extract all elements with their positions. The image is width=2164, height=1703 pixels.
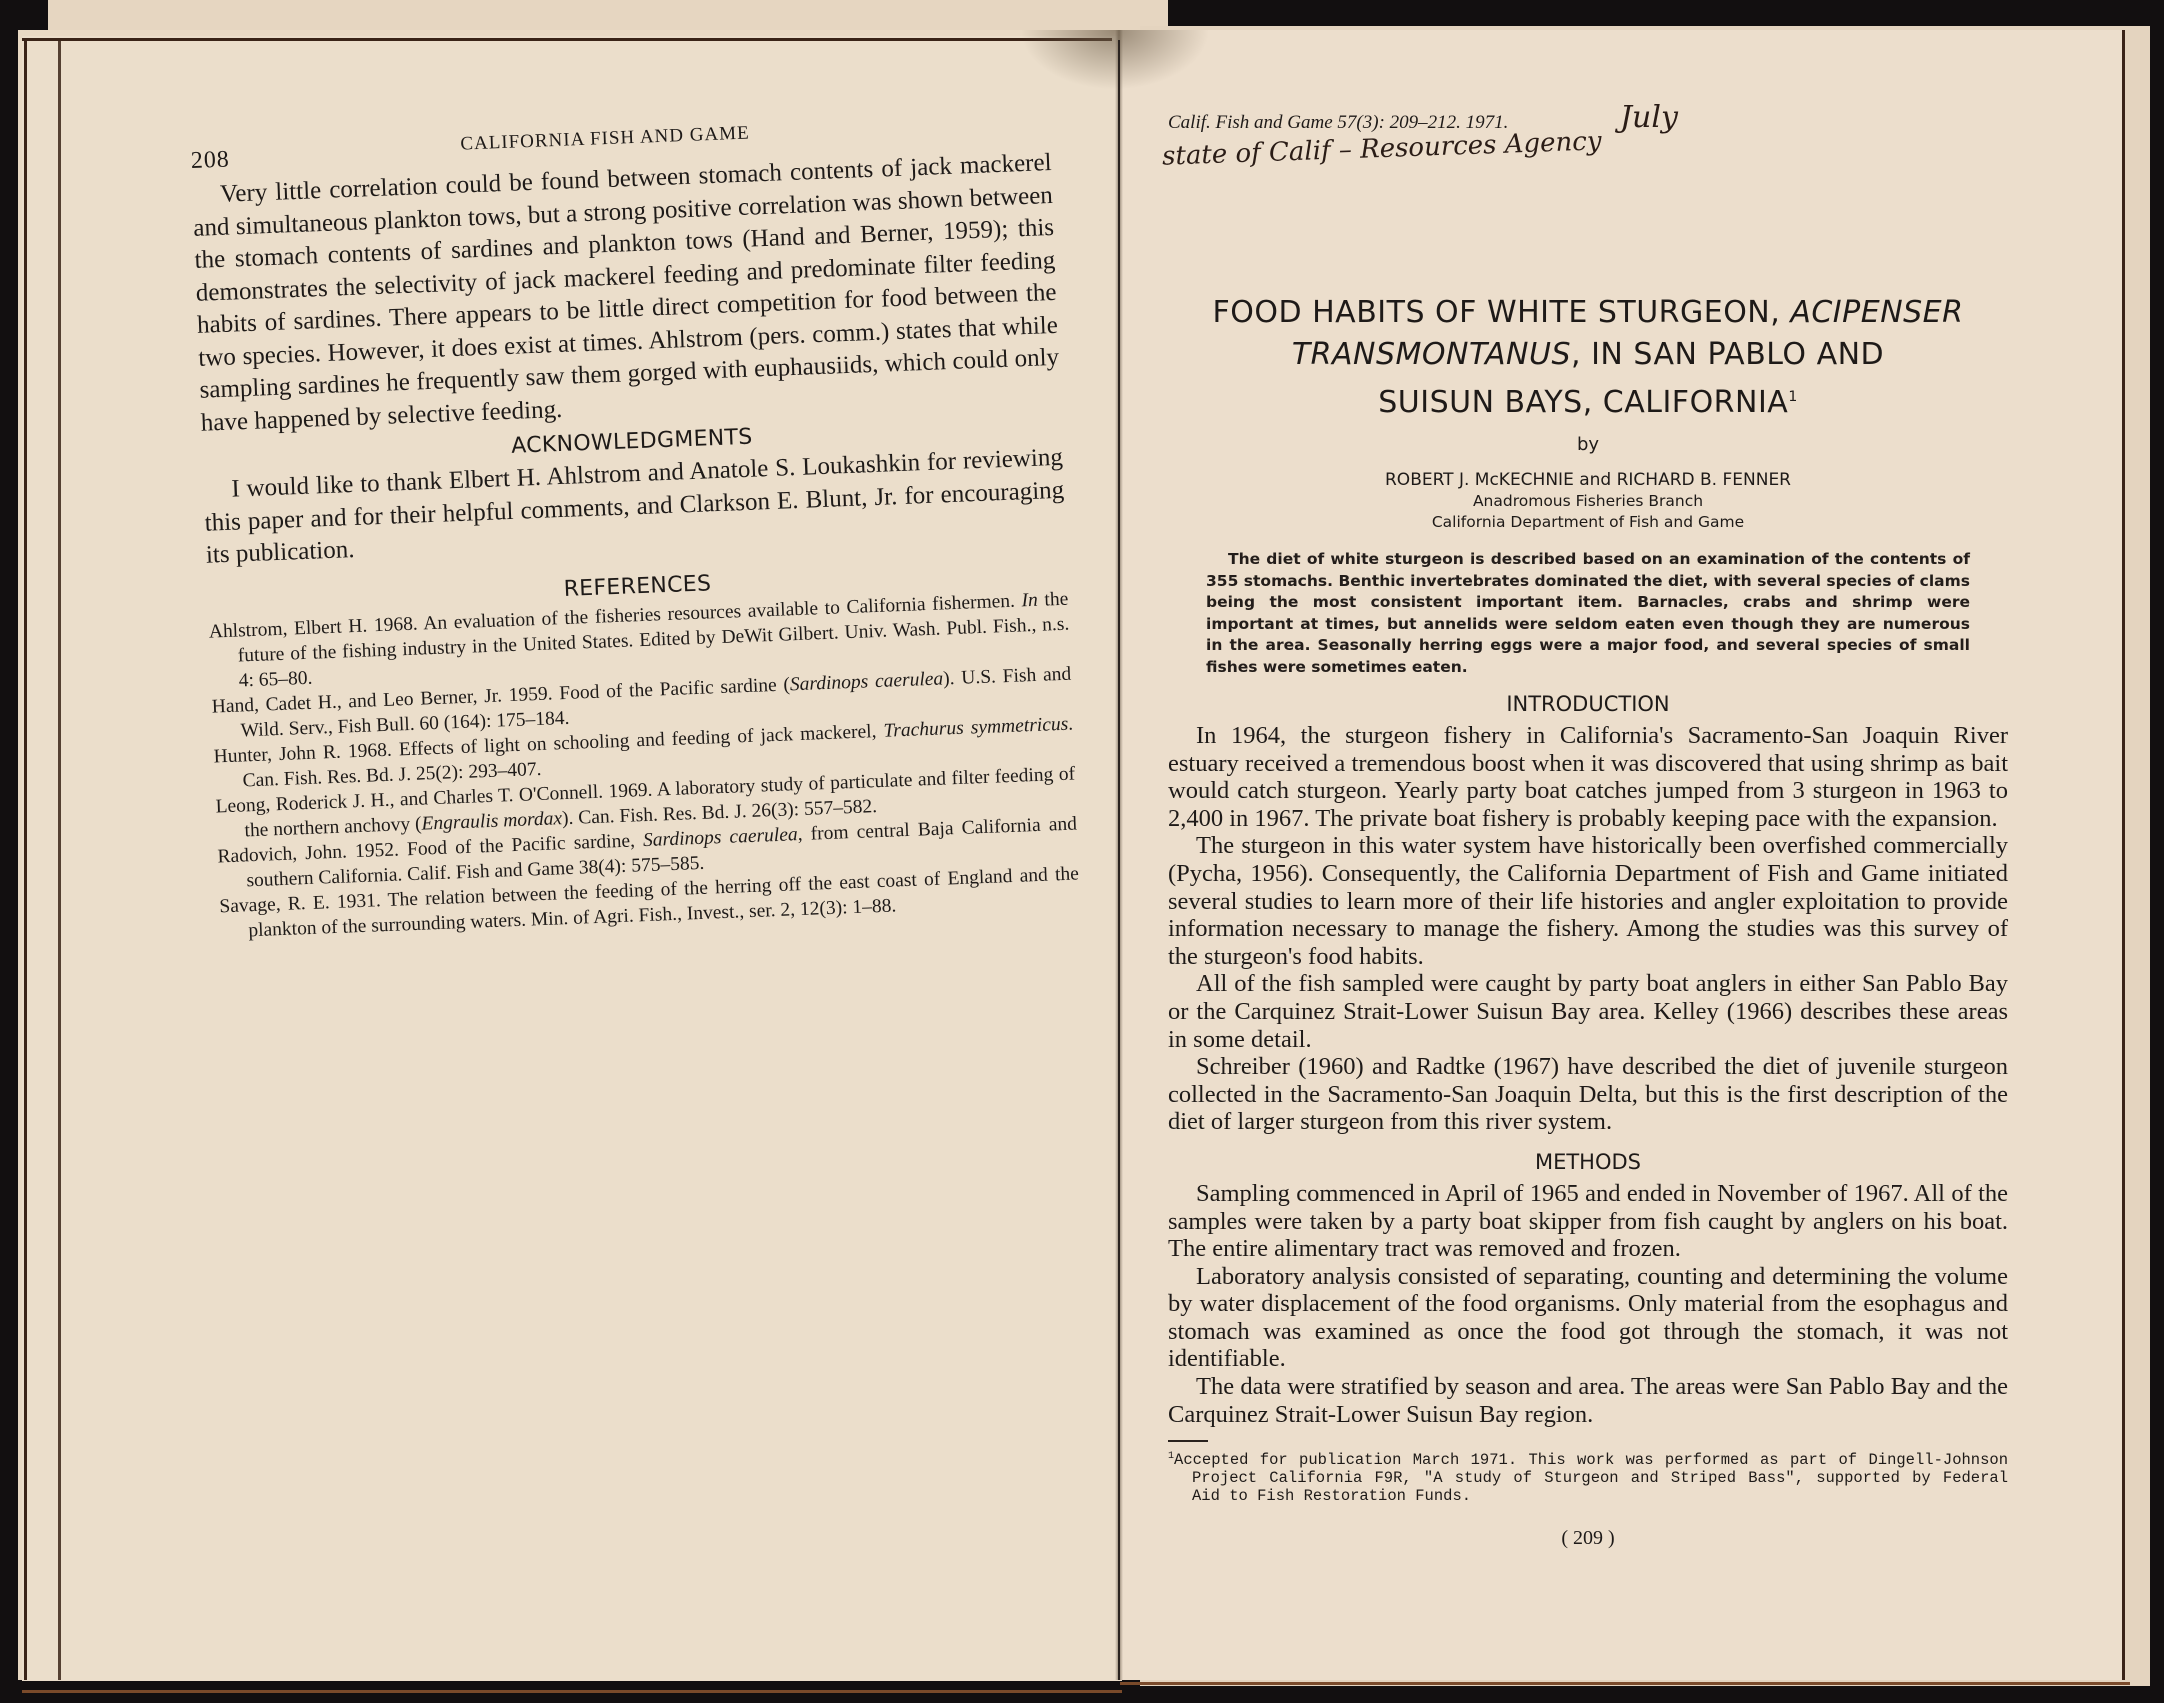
paragraph: In 1964, the sturgeon fishery in Califor… bbox=[1168, 722, 2008, 832]
introduction-text: In 1964, the sturgeon fishery in Califor… bbox=[1168, 722, 2008, 1136]
journal-running-title: CALIFORNIA FISH AND GAME bbox=[460, 123, 750, 156]
article-title: FOOD HABITS OF WHITE STURGEON, ACIPENSER… bbox=[1168, 292, 2008, 424]
left-page-inner-edge bbox=[58, 40, 61, 1680]
right-page-bottom-edge bbox=[1120, 1682, 2130, 1685]
left-page-top-edge bbox=[22, 38, 1112, 41]
paragraph: Sampling commenced in April of 1965 and … bbox=[1168, 1180, 2008, 1263]
byline: by bbox=[1168, 434, 2008, 455]
right-page-content: Calif. Fish and Game 57(3): 209–212. 197… bbox=[1168, 112, 2008, 1550]
handwritten-note-agency: state of Calif – Resources Agency bbox=[1162, 126, 1602, 171]
title-footnote-mark: 1 bbox=[1788, 389, 1797, 405]
affiliation-department: California Department of Fish and Game bbox=[1168, 512, 2008, 533]
header-citation-block: Calif. Fish and Game 57(3): 209–212. 197… bbox=[1168, 112, 2008, 172]
page-folio: ( 209 ) bbox=[1168, 1527, 2008, 1550]
spine-gutter-line bbox=[1118, 40, 1120, 1680]
authors: ROBERT J. McKECHNIE and RICHARD B. FENNE… bbox=[1168, 469, 2008, 491]
affiliation-branch: Anadromous Fisheries Branch bbox=[1168, 491, 2008, 512]
abstract: The diet of white sturgeon is described … bbox=[1206, 549, 1970, 678]
references-list: Ahlstrom, Elbert H. 1968. An evaluation … bbox=[208, 586, 1080, 944]
methods-heading: METHODS bbox=[1168, 1150, 2008, 1174]
paragraph: All of the fish sampled were caught by p… bbox=[1168, 970, 2008, 1053]
left-page-content: 208 CALIFORNIA FISH AND GAME Very little… bbox=[190, 107, 1080, 944]
paragraph: Very little correlation could be found b… bbox=[192, 147, 1061, 440]
methods-text: Sampling commenced in April of 1965 and … bbox=[1168, 1180, 2008, 1428]
left-page-left-edge bbox=[24, 40, 27, 1680]
paragraph: Schreiber (1960) and Radtke (1967) have … bbox=[1168, 1053, 2008, 1136]
footnote: 1Accepted for publication March 1971. Th… bbox=[1168, 1448, 2008, 1505]
footnote-divider bbox=[1168, 1440, 1208, 1442]
page-number: 208 bbox=[190, 146, 230, 174]
handwritten-note-date: July bbox=[1620, 100, 1678, 135]
journal-citation: Calif. Fish and Game 57(3): 209–212. 197… bbox=[1168, 112, 1508, 133]
paragraph: The sturgeon in this water system have h… bbox=[1168, 832, 2008, 970]
right-page-right-edge bbox=[2122, 30, 2125, 1680]
spine-stain bbox=[1020, 30, 1210, 90]
introduction-heading: INTRODUCTION bbox=[1168, 692, 2008, 716]
paragraph: The data were stratified by season and a… bbox=[1168, 1373, 2008, 1428]
discussion-text: Very little correlation could be found b… bbox=[192, 147, 1061, 440]
paragraph: Laboratory analysis consisted of separat… bbox=[1168, 1263, 2008, 1373]
left-page-bottom-edge bbox=[22, 1690, 1122, 1693]
